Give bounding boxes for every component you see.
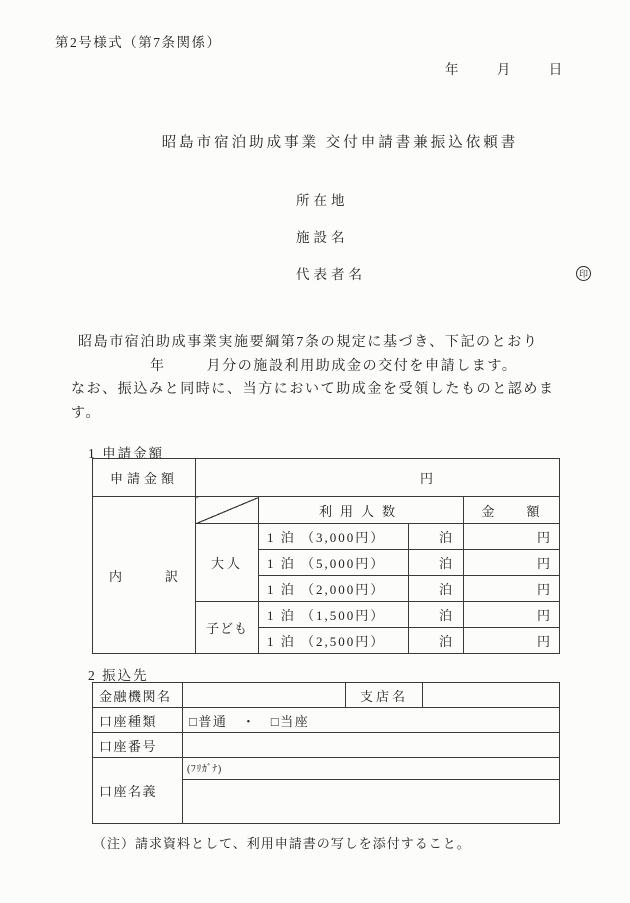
furigana-hint: (ﾌﾘｶﾞﾅ) [183, 758, 560, 780]
nights-field: 泊 [409, 602, 464, 628]
account-holder-label: 口座名義 [93, 758, 183, 824]
document-title: 昭島市宿泊助成事業 交付申請書兼振込依頼書 [60, 131, 620, 152]
price-cell: 1 泊 （1,500円） [259, 602, 409, 628]
yen-field: 円 [464, 628, 560, 654]
amount-field: 円 [196, 459, 560, 497]
nights-field: 泊 [409, 524, 464, 550]
nights-field: 泊 [409, 576, 464, 602]
paragraph-line-1: 昭島市宿泊助成事業実施要綱第7条の規定に基づき、下記のとおり [71, 331, 565, 355]
month-label: 月 [497, 62, 511, 77]
account-holder-field [183, 780, 560, 824]
nights-field: 泊 [409, 628, 464, 654]
form-number: 第2号様式（第7条関係） [55, 31, 222, 51]
seal-mark-icon: 印 [576, 266, 591, 281]
year-blank-label: 年 [150, 359, 166, 374]
footnote: （注）請求資料として、利用申請書の写しを添付すること。 [93, 833, 471, 852]
transfer-account-table: 金融機関名 支店名 口座種類 □普通 ・ □当座 口座番号 口座名義 (ﾌﾘｶﾞ… [92, 682, 560, 824]
child-label: 子ども [196, 602, 259, 654]
price-cell: 1 泊 （3,000円） [259, 524, 409, 550]
people-count-header: 利用人数 [259, 497, 464, 524]
year-label: 年 [445, 62, 459, 77]
price-cell: 1 泊 （5,000円） [259, 550, 409, 576]
yen-field: 円 [464, 550, 560, 576]
branch-name-label: 支店名 [346, 683, 423, 708]
paragraph-line-4: す。 [71, 402, 565, 426]
representative-name-label: 代表者名 [296, 263, 366, 300]
application-paragraph: 昭島市宿泊助成事業実施要綱第7条の規定に基づき、下記のとおり 年月分の施設利用助… [71, 331, 565, 425]
address-label: 所在地 [296, 189, 366, 226]
account-type-label: 口座種類 [93, 708, 183, 733]
bank-name-field [183, 683, 346, 708]
breakdown-label: 内 訳 [93, 497, 196, 654]
issue-date-line: 年 月 日 [445, 58, 562, 78]
price-cell: 1 泊 （2,000円） [259, 576, 409, 602]
yen-field: 円 [464, 602, 560, 628]
amount-header: 金 額 [464, 497, 560, 524]
yen-field: 円 [464, 524, 560, 550]
section2-heading: 2 振込先 [88, 664, 149, 684]
bank-name-label: 金融機関名 [93, 683, 183, 708]
account-type-options: □普通 ・ □当座 [183, 708, 560, 733]
facility-name-label: 施設名 [296, 226, 366, 263]
account-number-field [183, 733, 560, 758]
paragraph-line-2-text: 月分の施設利用助成金の交付を申請します。 [207, 359, 518, 374]
document-page: 第2号様式（第7条関係） 年 月 日 昭島市宿泊助成事業 交付申請書兼振込依頼書… [0, 0, 630, 903]
yen-field: 円 [464, 576, 560, 602]
application-amount-table: 申請金額 円 内 訳 利用人数 金 額 大人 1 泊 （3,000円） 泊 円 … [92, 458, 560, 654]
applicant-block: 所在地 施設名 代表者名 [296, 189, 366, 300]
amount-label: 申請金額 [93, 459, 196, 497]
account-number-label: 口座番号 [93, 733, 183, 758]
paragraph-line-2: 年月分の施設利用助成金の交付を申請します。 [71, 355, 565, 379]
day-label: 日 [549, 62, 563, 77]
nights-field: 泊 [409, 550, 464, 576]
diagonal-cell [196, 497, 259, 524]
adult-label: 大人 [196, 524, 259, 602]
paragraph-line-3: なお、振込みと同時に、当方において助成金を受領したものと認めま [71, 378, 565, 402]
branch-name-field [423, 683, 560, 708]
price-cell: 1 泊 （2,500円） [259, 628, 409, 654]
